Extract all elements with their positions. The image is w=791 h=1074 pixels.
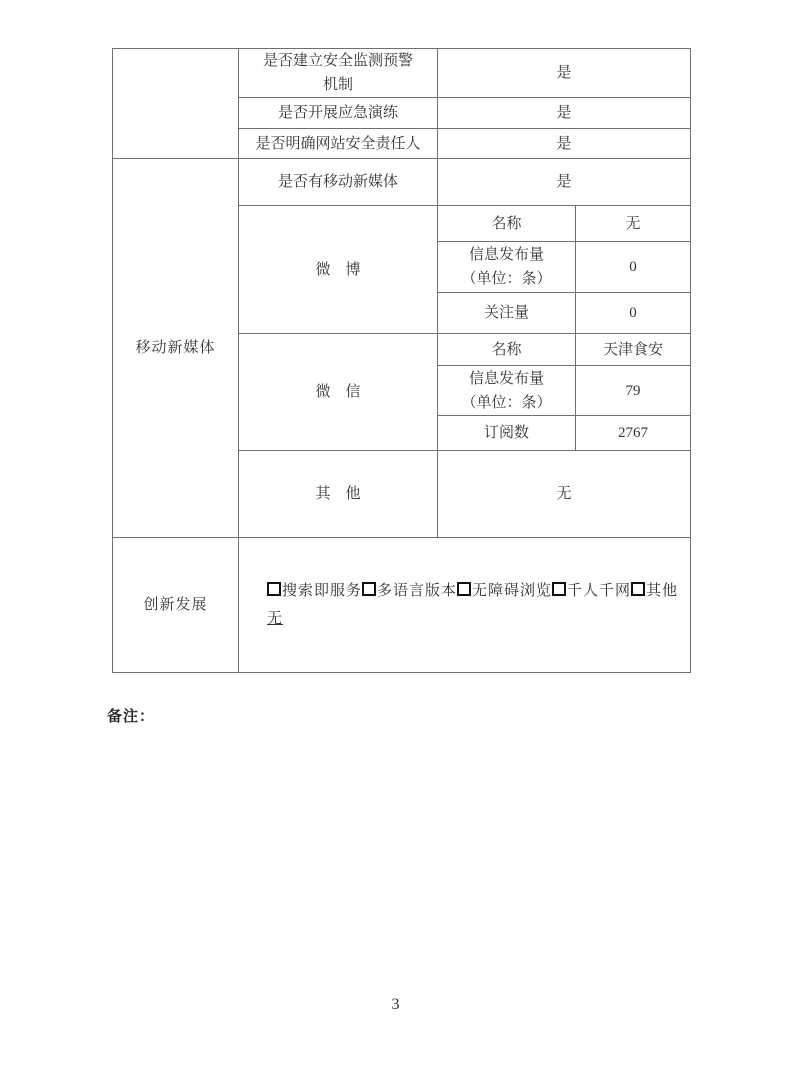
wechat-posts-label: 信息发布量 （单位：条）	[438, 366, 576, 416]
security-q3-value: 是	[438, 129, 691, 159]
innovation-content-cell: 搜索即服务多语言版本无障碍浏览千人千网其他 无	[239, 538, 691, 673]
checkbox-icon	[457, 582, 471, 596]
weibo-name-label: 名称	[438, 206, 576, 242]
table-row: 是否建立安全监测预警 机制 是	[113, 49, 691, 98]
checkbox-icon	[631, 582, 645, 596]
weibo-followers-label: 关注量	[438, 293, 576, 334]
has-mobile-media-value: 是	[438, 159, 691, 206]
has-mobile-media-label: 是否有移动新媒体	[239, 159, 438, 206]
other-media-value: 无	[438, 451, 691, 538]
table-row: 创新发展 搜索即服务多语言版本无障碍浏览千人千网其他 无	[113, 538, 691, 673]
innovation-option-label: 多语言版本	[377, 583, 457, 599]
weibo-posts-value: 0	[576, 242, 691, 293]
checkbox-icon	[267, 582, 281, 596]
innovation-category-cell: 创新发展	[113, 538, 239, 673]
innovation-option: 千人千网	[552, 583, 631, 599]
innovation-option-label: 千人千网	[567, 583, 631, 599]
remark-label: 备注：	[107, 705, 155, 726]
wechat-name-label: 名称	[438, 334, 576, 366]
innovation-other-value: 无	[267, 611, 283, 627]
innovation-option: 搜索即服务	[267, 583, 362, 599]
wechat-subscribers-label: 订阅数	[438, 416, 576, 451]
weibo-name-value: 无	[576, 206, 691, 242]
checkbox-icon	[552, 582, 566, 596]
weibo-posts-label: 信息发布量 （单位：条）	[438, 242, 576, 293]
wechat-subscribers-value: 2767	[576, 416, 691, 451]
innovation-options-line: 搜索即服务多语言版本无障碍浏览千人千网其他	[267, 577, 684, 605]
mobile-media-category-cell: 移动新媒体	[113, 159, 239, 538]
security-q1-label: 是否建立安全监测预警 机制	[239, 49, 438, 98]
weibo-label-cell: 微 博	[239, 206, 438, 334]
innovation-other-line: 无	[267, 605, 684, 633]
page-number: 3	[0, 996, 791, 1014]
weibo-followers-value: 0	[576, 293, 691, 334]
security-q3-label: 是否明确网站安全责任人	[239, 129, 438, 159]
security-q1-value: 是	[438, 49, 691, 98]
security-q2-value: 是	[438, 98, 691, 129]
innovation-option-label: 搜索即服务	[282, 583, 362, 599]
security-category-cell	[113, 49, 239, 159]
innovation-option: 无障碍浏览	[457, 583, 552, 599]
innovation-option: 其他	[631, 583, 678, 599]
security-q2-label: 是否开展应急演练	[239, 98, 438, 129]
annual-report-table: 是否建立安全监测预警 机制 是 是否开展应急演练 是 是否明确网站安全责任人 是…	[112, 48, 691, 673]
innovation-option: 多语言版本	[362, 583, 457, 599]
innovation-option-label: 无障碍浏览	[472, 583, 552, 599]
wechat-label-cell: 微 信	[239, 334, 438, 451]
document-page: 是否建立安全监测预警 机制 是 是否开展应急演练 是 是否明确网站安全责任人 是…	[0, 0, 791, 1074]
innovation-option-label: 其他	[646, 583, 678, 599]
wechat-name-value: 天津食安	[576, 334, 691, 366]
wechat-posts-value: 79	[576, 366, 691, 416]
checkbox-icon	[362, 582, 376, 596]
table-row: 移动新媒体 是否有移动新媒体 是	[113, 159, 691, 206]
other-media-label: 其 他	[239, 451, 438, 538]
